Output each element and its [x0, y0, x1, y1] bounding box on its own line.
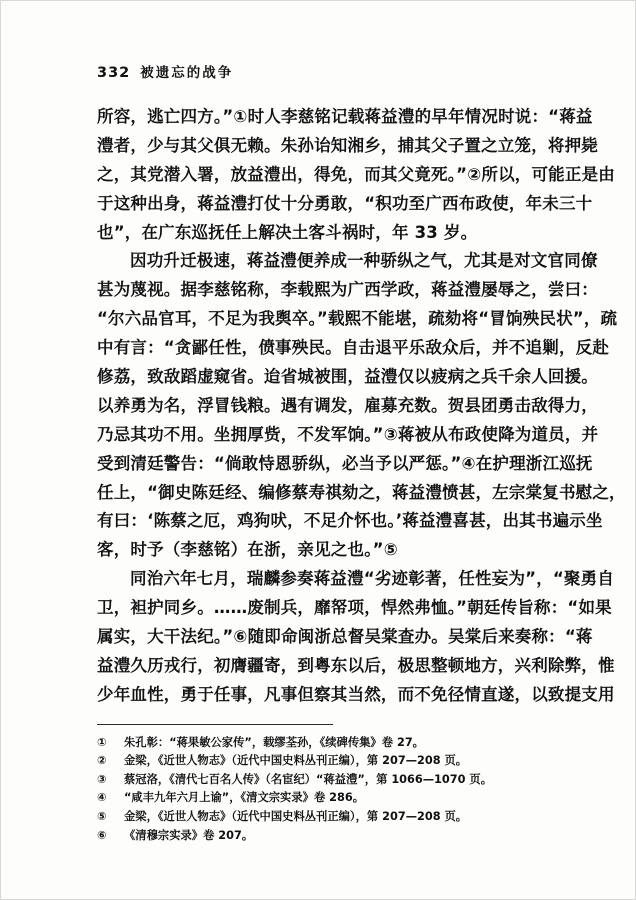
footnote-marker: ⑥: [97, 827, 111, 846]
footnote-text: “咸丰九年六月上谕”，《清文宗实录》卷 286。: [124, 789, 551, 808]
page-number: 332: [97, 65, 130, 81]
book-title: 被遗忘的战争: [140, 61, 233, 81]
page-content: 332 被遗忘的战争 所容，逃亡四方。”①时人李慈铭记载蒋益澧的早年情况时说：“…: [97, 61, 551, 845]
body-line: 修荔，致敌蹈虚窥省。迨省城被围，益澧仅以疲病之兵千余人回援。: [97, 363, 551, 392]
body-line: 受到清廷警告：“倘敢恃恩骄纵，必当予以严惩。”④在护理浙江巡抚: [97, 450, 551, 479]
book-page: 332 被遗忘的战争 所容，逃亡四方。”①时人李慈铭记载蒋益澧的早年情况时说：“…: [0, 0, 636, 900]
footnote-text: 金梁，《近世人物志》（近代中国史料丛刊正编），第 207—208 页。: [124, 752, 551, 771]
footnotes: ① 朱孔彰：“蒋果敏公家传”，载缪荃孙，《续碑传集》卷 27。 ② 金梁，《近世…: [97, 734, 551, 846]
footnote-marker: ②: [97, 752, 111, 771]
body-line: 有曰：‘陈蔡之厄，鸡狗吠，不足介怀也。’蒋益澧喜甚，出其书遍示坐: [97, 507, 551, 536]
body-line: 甚为蔑视。据李慈铭称，李载熙为广西学政，蒋益澧屡辱之，尝曰：: [97, 276, 551, 305]
footnote: ② 金梁，《近世人物志》（近代中国史料丛刊正编），第 207—208 页。: [97, 752, 551, 771]
body-line: 属实，大干法纪。”⑥随即命闽浙总督吴棠查办。吴棠后来奏称：“蒋: [97, 623, 551, 652]
body-line: 少年血性，勇于任事，凡事但察其当然，而不免径情直遂，以致提支用: [97, 681, 551, 710]
footnote: ⑥ 《清穆宗实录》卷 207。: [97, 827, 551, 846]
footnote-divider: [97, 724, 333, 725]
footnote: ① 朱孔彰：“蒋果敏公家传”，载缪荃孙，《续碑传集》卷 27。: [97, 734, 551, 753]
body-line: “尔六品官耳，不足为我舆卒。”载熙不能堪，疏劾将“冒饷殃民状”，疏: [97, 305, 551, 334]
body-line: 客，时予（李慈铭）在浙，亲见之也。”⑤: [97, 536, 551, 565]
running-head: 332 被遗忘的战争: [97, 61, 551, 81]
body-line: 澧者，少与其父俱无赖。朱孙诒知湘乡，捕其父子置之立笼，将押毙: [97, 132, 551, 161]
footnote: ④ “咸丰九年六月上谕”，《清文宗实录》卷 286。: [97, 789, 551, 808]
body-line: 乃忌其功不用。坐拥厚赀，不发军饷。”③蒋被从布政使降为道员，并: [97, 421, 551, 450]
body-line: 也”，在广东巡抚任上解决土客斗祸时，年 33 岁。: [97, 219, 551, 248]
body-line: 以养勇为名，浮冒钱粮。遇有调发，雇募充数。贺县团勇击敌得力，: [97, 392, 551, 421]
body-line: 因功升迁极速，蒋益澧便养成一种骄纵之气，尤其是对文官同僚: [97, 247, 551, 276]
body-line: 于这种出身，蒋益澧打仗十分勇敢，“积功至广西布政使，年未三十: [97, 190, 551, 219]
footnote-marker: ①: [97, 734, 111, 753]
footnote-text: 《清穆宗实录》卷 207。: [124, 827, 551, 846]
footnote-marker: ③: [97, 771, 111, 790]
footnote-text: 金梁，《近世人物志》（近代中国史料丛刊正编），第 207—208 页。: [124, 808, 551, 827]
footnote: ③ 蔡冠洛，《清代七百名人传》（名宦纪）“蒋益澧”，第 1066—1070 页。: [97, 771, 551, 790]
footnote-text: 蔡冠洛，《清代七百名人传》（名宦纪）“蒋益澧”，第 1066—1070 页。: [124, 771, 551, 790]
body-line: 之，其党潜入署，放益澧出，得免，而其父竟死。”②所以，可能正是由: [97, 161, 551, 190]
body-line: 同治六年七月，瑞麟参奏蒋益澧“劣迹彰著，任性妄为”，“聚勇自: [97, 565, 551, 594]
body-line: 任上，“御史陈廷经、编修蔡寿祺劾之，蒋益澧愤甚，左宗棠复书慰之，: [97, 479, 551, 508]
footnote-text: 朱孔彰：“蒋果敏公家传”，载缪荃孙，《续碑传集》卷 27。: [124, 734, 551, 753]
body-line: 益澧久历戎行，初膺疆寄，到粤东以后，极思整顿地方，兴利除弊，惟: [97, 652, 551, 681]
footnote: ⑤ 金梁，《近世人物志》（近代中国史料丛刊正编），第 207—208 页。: [97, 808, 551, 827]
body-line: 所容，逃亡四方。”①时人李慈铭记载蒋益澧的早年情况时说：“蒋益: [97, 103, 551, 132]
footnote-marker: ⑤: [97, 808, 111, 827]
body-text: 所容，逃亡四方。”①时人李慈铭记载蒋益澧的早年情况时说：“蒋益 澧者，少与其父俱…: [97, 103, 551, 710]
footnote-marker: ④: [97, 789, 111, 808]
body-line: 中有言：“贪鄙任性，偾事殃民。自击退平乐敌众后，并不追剿，反赴: [97, 334, 551, 363]
body-line: 卫，袒护同乡。……废制兵，靡帑项，悍然弗恤。”朝廷传旨称：“如果: [97, 594, 551, 623]
